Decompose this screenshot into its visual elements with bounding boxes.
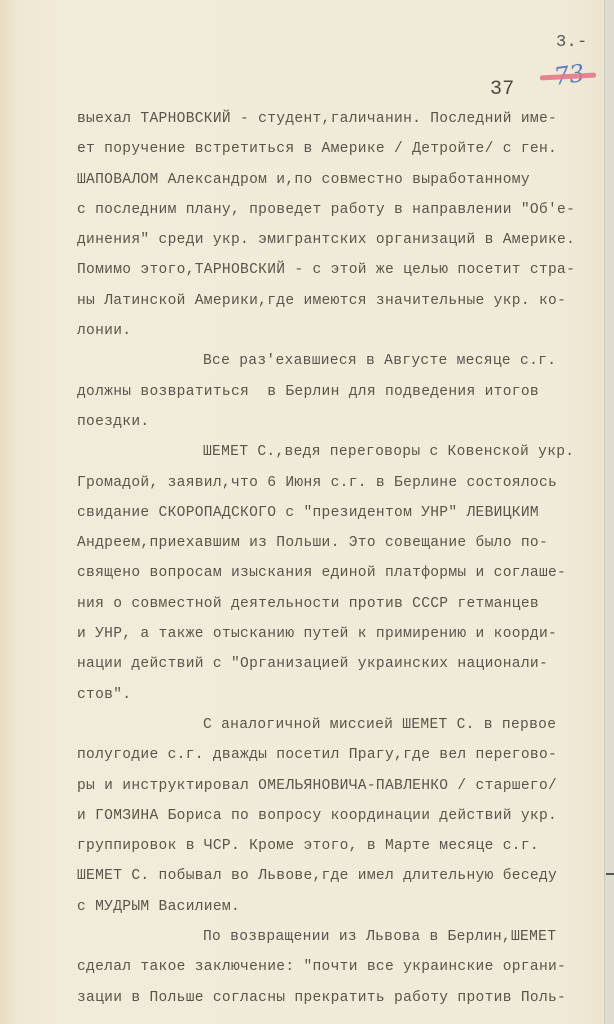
text-line: ния о совместной деятельности против ССС… [77,589,614,619]
text-line: ШЕМЕТ С.,ведя переговоры с Ковенской укр… [77,437,614,467]
text-line: сделал такое заключение: "почти все укра… [77,952,614,982]
page-number: 3.- [556,33,588,52]
text-line: нации действий с "Организацией украински… [77,649,614,679]
text-line: поездки. [77,407,614,437]
text-line: Помимо этого,ТАРНОВСКИЙ - с этой же цель… [77,255,614,285]
text-line: Громадой, заявил,что 6 Июня с.г. в Берли… [77,468,614,498]
archive-folio-number: 37 [490,78,515,101]
text-line: с МУДРЫМ Василием. [77,892,614,922]
edge-mark [606,873,614,875]
text-line: зации в Польше согласны прекратить работ… [77,983,614,1013]
text-line: ры и инструктировал ОМЕЛЬЯНОВИЧА-ПАВЛЕНК… [77,771,614,801]
text-line: ны Латинской Америки,где имеются значите… [77,286,614,316]
text-line: и УНР, а также отысканию путей к примире… [77,619,614,649]
text-line: и ГОМЗИНА Бориса по вопросу координации … [77,801,614,831]
text-line: ШАПОВАЛОМ Александром и,по совместно выр… [77,165,614,195]
document-page: 3.- 37 73 выехал ТАРНОВСКИЙ - студент,га… [0,0,604,1024]
crossed-out-folio: 73 [540,63,596,89]
text-line: выехал ТАРНОВСКИЙ - студент,галичанин. П… [77,104,614,134]
text-line: Андреем,приехавшим из Польши. Это совеща… [77,528,614,558]
typewritten-body: выехал ТАРНОВСКИЙ - студент,галичанин. П… [77,104,614,1013]
text-line: священо вопросам изыскания единой платфо… [77,558,614,588]
text-line: с последним плану, проведет работу в нап… [77,195,614,225]
text-line: Все раз'ехавшиеся в Августе месяце с.г. [77,346,614,376]
page-edge [604,0,614,1024]
text-line: лонии. [77,316,614,346]
text-line: полугодие с.г. дважды посетил Прагу,где … [77,740,614,770]
text-line: ет поручение встретиться в Америке / Дет… [77,134,614,164]
text-line: ШЕМЕТ С. побывал во Львове,где имел длит… [77,861,614,891]
text-line: стов". [77,680,614,710]
text-line: должны возвратиться в Берлин для подведе… [77,377,614,407]
text-line: динения" среди укр. эмигрантских организ… [77,225,614,255]
text-line: С аналогичной миссией ШЕМЕТ С. в первое [77,710,614,740]
text-line: По возвращении из Львова в Берлин,ШЕМЕТ [77,922,614,952]
text-line: свидание СКОРОПАДСКОГО с "президентом УН… [77,498,614,528]
text-line: группировок в ЧСР. Кроме этого, в Марте … [77,831,614,861]
